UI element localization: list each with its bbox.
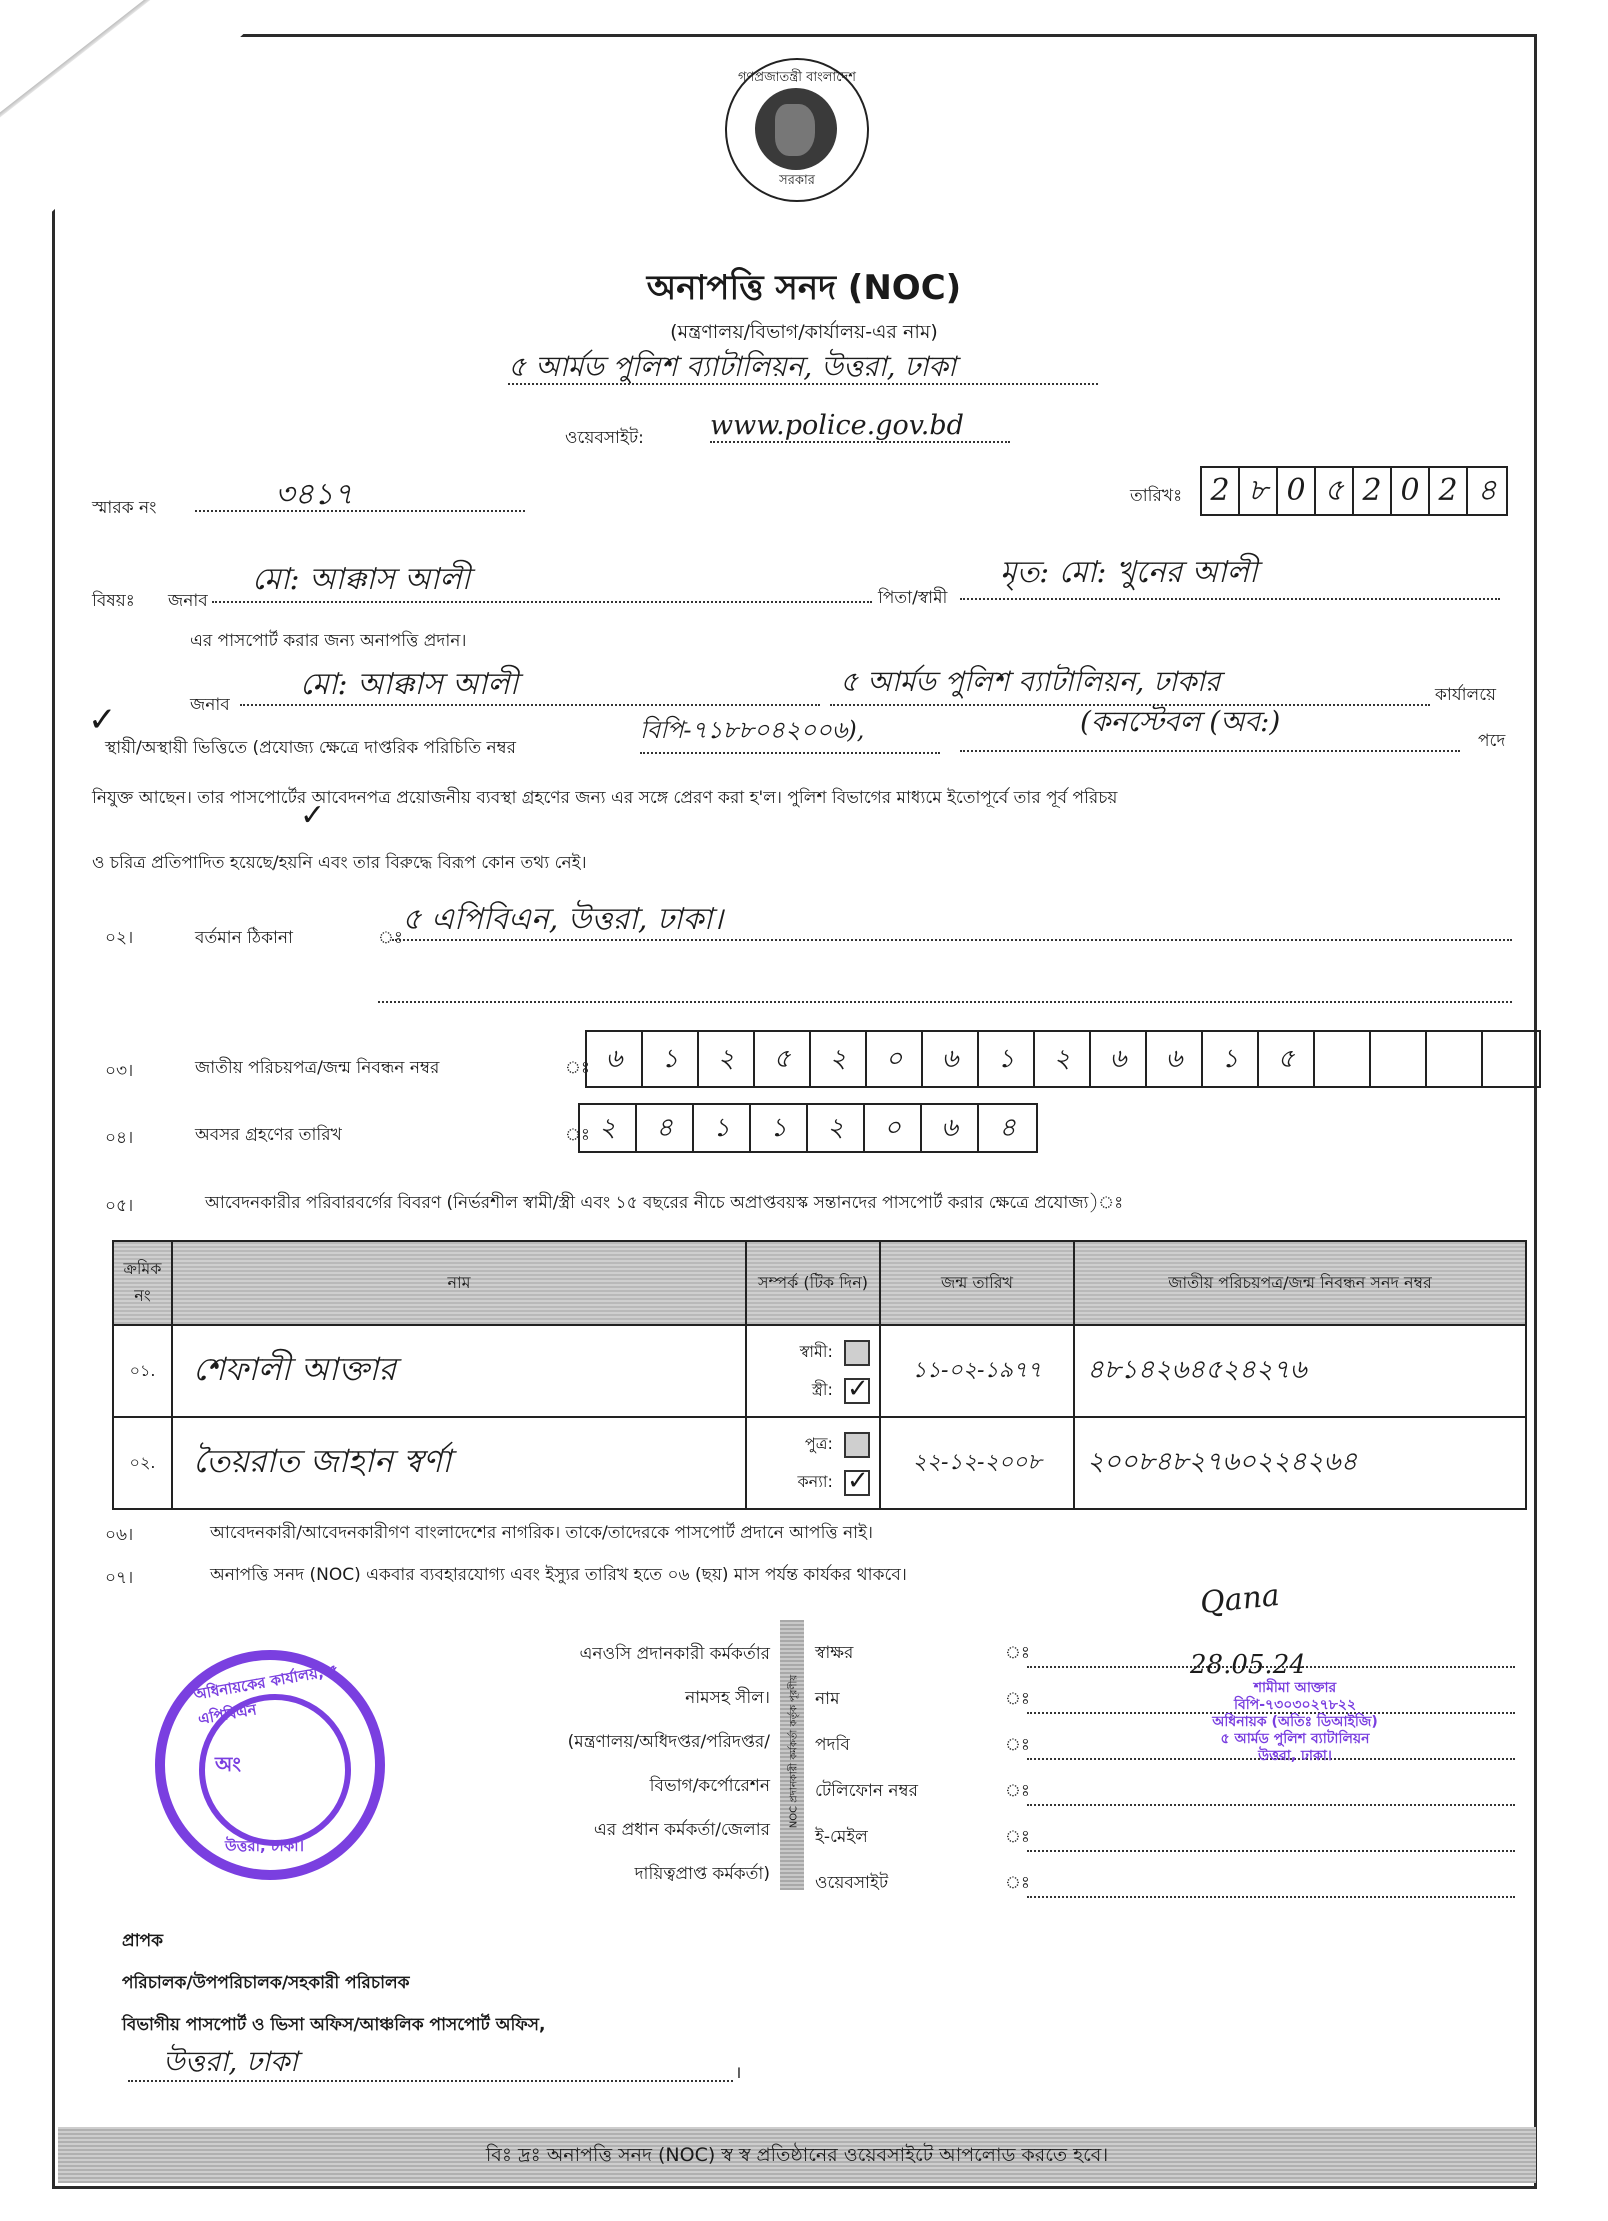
digit-box[interactable]: ২	[811, 1032, 867, 1086]
name-cell[interactable]: তৈয়রাত জাহান স্বর্ণা	[172, 1417, 746, 1509]
officer-name-seal: শামীমা আক্তারবিপি-৭৩০৩০২৭৮২২অধিনায়ক (অত…	[1140, 1680, 1450, 1765]
designation-field[interactable]: (কনস্টেবল (অব:)	[960, 700, 1460, 752]
digit-box[interactable]: ৬	[922, 1105, 979, 1151]
official-id-field[interactable]: বিপি-৭১৮৮০৪২০০৬),	[640, 712, 940, 754]
father-name-field[interactable]: মৃত: মো: খুনের আলী	[960, 548, 1500, 600]
signature-date: 28.05.24	[1190, 1650, 1306, 1680]
officer-field-label: নাম	[815, 1686, 1005, 1714]
officer-field-row: ওয়েবসাইট ঃ	[815, 1852, 1515, 1898]
government-emblem-icon: গণপ্রজাতন্ত্রী বাংলাদেশ সরকার	[725, 58, 869, 202]
recipient-label: প্রাপক	[122, 1928, 163, 1956]
dob-cell[interactable]: ২২-১২-২০০৮	[880, 1417, 1074, 1509]
nid-boxes[interactable]: ৬১২৫২০৬১২৬৬১৫	[585, 1030, 1541, 1088]
digit-box[interactable]	[1371, 1032, 1427, 1086]
digit-box[interactable]: ০	[865, 1105, 922, 1151]
digit-box[interactable]: ৫	[755, 1032, 811, 1086]
digit-box[interactable]: ৬	[1091, 1032, 1147, 1086]
recipient-line-1: পরিচালক/উপপরিচালক/সহকারী পরিচালক	[122, 1970, 410, 1998]
digit-box[interactable]: ২	[808, 1105, 865, 1151]
officer-description-line: নামসহ সীল।	[490, 1676, 770, 1720]
relation-checkbox[interactable]	[844, 1432, 870, 1458]
subject-janab-label: জনাব	[168, 588, 208, 616]
document-title: অনাপত্তি সনদ (NOC)	[0, 262, 1608, 319]
digit-box[interactable]: 0	[1278, 468, 1316, 514]
header-name: নাম	[172, 1241, 746, 1325]
digit-box[interactable]: ৪	[637, 1105, 694, 1151]
declaration-06: আবেদনকারী/আবেদনকারীগণ বাংলাদেশের নাগরিক।…	[210, 1520, 873, 1548]
relation-cell: পুত্র: কন্যা:	[746, 1417, 880, 1509]
emblem-bottom-text: সরকার	[727, 171, 867, 192]
officer-description-line: এনওসি প্রদানকারী কর্মকর্তার	[490, 1632, 770, 1676]
item-02-num: ০২।	[105, 925, 133, 953]
officer-field-input[interactable]	[1027, 1784, 1515, 1806]
family-intro-text: আবেদনকারীর পরিবারবর্গের বিবরণ (নির্ভরশীল…	[205, 1190, 1525, 1218]
item-07-num: ০৭।	[105, 1565, 133, 1593]
digit-box[interactable]	[1427, 1032, 1483, 1086]
subject-label: বিষয়ঃ	[92, 588, 135, 616]
relation-option[interactable]: কন্যা:	[748, 1463, 878, 1501]
officer-field-row: টেলিফোন নম্বর ঃ	[815, 1760, 1515, 1806]
officer-field-label: টেলিফোন নম্বর	[815, 1778, 1005, 1806]
address-field[interactable]: ৫ এপিবিএন, উত্তরা, ঢাকা।	[392, 895, 1512, 941]
body-paragraph-2: ও চরিত্র প্রতিপাদিত হয়েছে/হয়নি এবং তার…	[92, 850, 587, 878]
website-label: ওয়েবসাইট:	[565, 425, 644, 453]
serial-cell: ০২.	[113, 1417, 172, 1509]
nid-cell[interactable]: ২০০৮৪৮২৭৬০২২৪২৬৪	[1074, 1417, 1526, 1509]
seal-line: উত্তরা, ঢাকা।	[1140, 1748, 1450, 1765]
recipient-line-2: বিভাগীয় পাসপোর্ট ও ভিসা অফিস/আঞ্চলিক পা…	[122, 2012, 545, 2040]
digit-box[interactable]: ২	[699, 1032, 755, 1086]
header-dob: জন্ম তারিখ	[880, 1241, 1074, 1325]
officer-field-sep: ঃ	[1005, 1640, 1027, 1668]
item-05-num: ০৫।	[105, 1193, 133, 1221]
dob-cell[interactable]: ১১-০২-১৯৭৭	[880, 1325, 1074, 1417]
officer-field-row: ই-মেইল ঃ	[815, 1806, 1515, 1852]
relation-label: স্ত্রী:	[812, 1380, 833, 1399]
officer-field-label: ওয়েবসাইট	[815, 1870, 1005, 1898]
digit-box[interactable]: ১	[979, 1032, 1035, 1086]
officer-description-line: (মন্ত্রণালয়/অধিদপ্তর/পরিদপ্তর/	[490, 1720, 770, 1764]
relation-checkbox[interactable]	[844, 1378, 870, 1404]
seal-line: ৫ আর্মড পুলিশ ব্যাটালিয়ন	[1140, 1731, 1450, 1748]
relation-cell: স্বামী: স্ত্রী:	[746, 1325, 880, 1417]
digit-box[interactable]: ৫	[1316, 468, 1354, 514]
date-label: তারিখঃ	[1130, 483, 1182, 511]
relation-option[interactable]: স্বামী:	[748, 1333, 878, 1371]
officer-description-line: এর প্রধান কর্মকর্তা/জেলার	[490, 1808, 770, 1852]
designation-suffix: পদে	[1478, 728, 1505, 756]
digit-box[interactable]: ৪	[979, 1105, 1036, 1151]
officer-field-sep: ঃ	[1005, 1778, 1027, 1806]
digit-box[interactable]: ২	[1035, 1032, 1091, 1086]
recipient-location-field[interactable]: উত্তরা, ঢাকা	[128, 2040, 733, 2082]
officer-description-line: দায়িত্বপ্রাপ্ত কর্মকর্তা)	[490, 1852, 770, 1896]
relation-label: পুত্র:	[805, 1434, 833, 1453]
noc-vertical-label: NOC প্রদানকারী কর্মকর্তা কর্তৃক পূরণীয়	[787, 1617, 804, 1887]
officer-field-label: ই-মেইল	[815, 1824, 1005, 1852]
item-04-num: ০৪।	[105, 1125, 133, 1153]
memo-label: স্মারক নং	[92, 495, 156, 523]
officer-field-sep: ঃ	[1005, 1686, 1027, 1714]
digit-box[interactable]: ০	[867, 1032, 923, 1086]
digit-box[interactable]	[1483, 1032, 1539, 1086]
retirement-date-boxes[interactable]: ২৪১১২০৬৪	[578, 1103, 1038, 1153]
date-boxes[interactable]: 2৮0৫202৪	[1200, 466, 1508, 516]
retirement-label: অবসর গ্রহণের তারিখ	[195, 1122, 342, 1150]
digit-box[interactable]: ৮	[1240, 468, 1278, 514]
father-label: পিতা/স্বামী	[878, 585, 947, 613]
body-janab-label: জনাব	[190, 692, 230, 720]
officer-description-line: বিভাগ/কর্পোরেশন	[490, 1764, 770, 1808]
family-table: ক্রমিক নং নাম সম্পর্ক (টিক দিন) জন্ম তার…	[112, 1240, 1527, 1510]
relation-option[interactable]: পুত্র:	[748, 1425, 878, 1463]
office-seal-stamp: অধিনায়কের কার্যালয়, ৫ এপিবিএন অং উত্তর…	[155, 1650, 385, 1880]
officer-field-sep: ঃ	[1005, 1870, 1027, 1898]
office-name-field[interactable]: ৫ আর্মড পুলিশ ব্যাটালিয়ন, উত্তরা, ঢাকা	[508, 345, 1098, 385]
stamp-bottom-text: উত্তরা, ঢাকা।	[225, 1835, 304, 1860]
officer-field-sep: ঃ	[1005, 1732, 1027, 1760]
serial-cell: ০১.	[113, 1325, 172, 1417]
noc-vertical-bar: NOC প্রদানকারী কর্মকর্তা কর্তৃক পূরণীয়	[780, 1620, 804, 1890]
seal-line: শামীমা আক্তার	[1140, 1680, 1450, 1697]
relation-label: কন্যা:	[797, 1472, 832, 1491]
relation-checkbox[interactable]	[844, 1340, 870, 1366]
item-03-num: ০৩।	[105, 1058, 133, 1086]
digit-box[interactable]	[1315, 1032, 1371, 1086]
digit-box[interactable]: ৫	[1259, 1032, 1315, 1086]
digit-box[interactable]: 2	[1430, 468, 1468, 514]
digit-box[interactable]: ৬	[923, 1032, 979, 1086]
table-row: ০১. শেফালী আক্তার স্বামী: স্ত্রী: ১১-০২-…	[113, 1325, 1526, 1417]
relation-label: স্বামী:	[800, 1342, 833, 1361]
header-relation: সম্পর্ক (টিক দিন)	[746, 1241, 880, 1325]
officer-field-label: পদবি	[815, 1732, 1005, 1760]
basis-text: স্থায়ী/অস্থায়ী ভিত্তিতে (প্রযোজ্য ক্ষে…	[105, 735, 516, 763]
officer-field-input[interactable]	[1027, 1830, 1515, 1852]
checkmark-icon: ✓	[300, 798, 325, 833]
digit-box[interactable]: ১	[1203, 1032, 1259, 1086]
officer-field-sep: ঃ	[1005, 1824, 1027, 1852]
applicant-name-field[interactable]: মো: আক্কাস আলী	[212, 555, 872, 603]
digit-box[interactable]: ৬	[1147, 1032, 1203, 1086]
seal-line: বিপি-৭৩০৩০২৭৮২২	[1140, 1697, 1450, 1714]
subject-line2: এর পাসপোর্ট করার জন্য অনাপত্তি প্রদান।	[190, 628, 467, 656]
address-field-line-2[interactable]	[378, 985, 1512, 1003]
address-label: বর্তমান ঠিকানা	[195, 925, 293, 953]
nid-cell[interactable]: ৪৮১৪২৬৪৫২৪২৭৬	[1074, 1325, 1526, 1417]
body-name-field[interactable]: মো: আক্কাস আলী	[240, 660, 820, 706]
digit-box[interactable]: ১	[751, 1105, 808, 1151]
memo-number-field[interactable]: ৩৪১৭	[195, 470, 525, 512]
recipient-end-mark: ।	[735, 2060, 741, 2083]
digit-box[interactable]: 2	[1354, 468, 1392, 514]
item-06-num: ০৬।	[105, 1522, 133, 1550]
officer-field-label: স্বাক্ষর	[815, 1640, 1005, 1668]
stamp-center-text: অং	[215, 1750, 241, 1783]
header-serial: ক্রমিক নং	[113, 1241, 172, 1325]
name-cell[interactable]: শেফালী আক্তার	[172, 1325, 746, 1417]
digit-box[interactable]: ৬	[587, 1032, 643, 1086]
relation-checkbox[interactable]	[844, 1470, 870, 1496]
digit-box[interactable]: 0	[1392, 468, 1430, 514]
digit-box[interactable]: ১	[643, 1032, 699, 1086]
header-nid: জাতীয় পরিচয়পত্র/জন্ম নিবন্ধন সনদ নম্বর	[1074, 1241, 1526, 1325]
folded-corner	[0, 0, 280, 260]
checkmark-icon: ✓	[88, 700, 117, 740]
website-field[interactable]: www.police.gov.bd	[710, 410, 1010, 443]
nid-label: জাতীয় পরিচয়পত্র/জন্ম নিবন্ধন নম্বর	[195, 1055, 439, 1083]
digit-box[interactable]: ১	[694, 1105, 751, 1151]
relation-option[interactable]: স্ত্রী:	[748, 1371, 878, 1409]
officer-field-row: স্বাক্ষর ঃ	[815, 1622, 1515, 1668]
officer-description: এনওসি প্রদানকারী কর্মকর্তারনামসহ সীল।(মন…	[490, 1632, 770, 1896]
seal-line: অধিনায়ক (অতিঃ ডিআইজি)	[1140, 1714, 1450, 1731]
digit-box[interactable]: ৪	[1468, 468, 1506, 514]
officer-field-input[interactable]	[1027, 1876, 1515, 1898]
footer-note: বিঃ দ্রঃ অনাপত্তি সনদ (NOC) স্ব স্ব প্রত…	[58, 2127, 1536, 2183]
emblem-top-text: গণপ্রজাতন্ত্রী বাংলাদেশ	[727, 68, 867, 89]
declaration-07: অনাপত্তি সনদ (NOC) একবার ব্যবহারযোগ্য এব…	[210, 1562, 907, 1590]
digit-box[interactable]: 2	[1202, 468, 1240, 514]
digit-box[interactable]: ২	[580, 1105, 637, 1151]
table-row: ০২. তৈয়রাত জাহান স্বর্ণা পুত্র: কন্যা: …	[113, 1417, 1526, 1509]
